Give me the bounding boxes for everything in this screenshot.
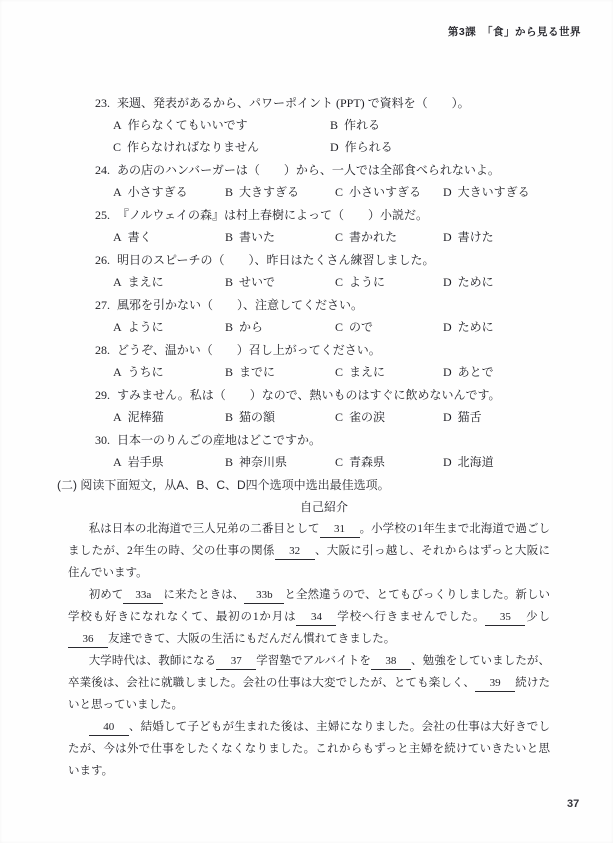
passage-text: 友達できて、大阪の生活にもだんだん慣れてきました。 (108, 633, 395, 645)
passage-text: 学校へ行きませんでした。 (336, 611, 485, 623)
question-23-text: 来週、発表があるから、パワーポイント (PPT) で資料を（ ）。 (117, 96, 470, 110)
passage-paragraph-4: 40、結婚して子どもが生まれた後は、主婦になりました。会社の仕事は大好きでしたが… (68, 716, 550, 782)
passage-text: に来たときは、 (163, 589, 244, 601)
question-24: 24.あの店のハンバーガーは（ ）から、一人では全部食べられないよ。 A小さすぎ… (95, 159, 561, 203)
question-27-text: 風邪を引かない（ ）、注意してください。 (117, 298, 363, 312)
question-26-text-line: 26.明日のスピーチの（ ）、昨日はたくさん練習しました。 (95, 249, 561, 271)
question-24-number: 24. (95, 163, 110, 177)
question-23-option-c: C作らなければなりません (113, 136, 330, 158)
reading-passage: 私は日本の北海道で三人兄弟の二番目として31。小学校の1年生まで北海道で過ごしま… (57, 518, 561, 782)
question-25-number: 25. (95, 208, 110, 222)
question-30-option-c: C青森県 (335, 451, 443, 473)
blank-38: 38 (371, 654, 411, 670)
question-28-number: 28. (95, 343, 110, 357)
question-28-options: Aうちに Bまでに Cまえに Dあとで (113, 361, 561, 383)
blank-31: 31 (320, 522, 360, 538)
passage-paragraph-1: 私は日本の北海道で三人兄弟の二番目として31。小学校の1年生まで北海道で過ごしま… (68, 518, 550, 584)
question-23-number: 23. (95, 96, 110, 110)
passage-text: 、結婚して子どもが生まれた後は、主婦になりました。会社の仕事は大好きでしたが、今… (68, 721, 550, 777)
question-30-options: A岩手県 B神奈川県 C青森県 D北海道 (113, 451, 561, 473)
question-30-option-b: B神奈川県 (225, 451, 335, 473)
section-two-heading: (二) 阅读下面短文，从A、B、C、D四个选项中选出最佳选项。 (57, 474, 561, 496)
question-24-option-c: C小さいすぎる (335, 181, 443, 203)
passage-text: 少し (525, 611, 550, 623)
question-25-option-c: C書かれた (335, 226, 443, 248)
passage-text: 学習塾でアルバイトを (256, 655, 371, 667)
question-30-text: 日本一のりんごの産地はどこですか。 (117, 433, 321, 447)
question-28-option-d: Dあとで (443, 361, 561, 383)
question-29-option-b: B猫の額 (225, 406, 335, 428)
question-25-text: 『ノルウェイの森』は村上春樹によって（ ）小説だ。 (117, 208, 428, 222)
blank-35: 35 (485, 610, 525, 626)
question-30-option-d: D北海道 (443, 451, 561, 473)
blank-33b: 33b (244, 588, 284, 604)
passage-text: 私は日本の北海道で三人兄弟の二番目として (89, 523, 320, 535)
question-24-text-line: 24.あの店のハンバーガーは（ ）から、一人では全部食べられないよ。 (95, 159, 561, 181)
blank-33a: 33a (123, 588, 163, 604)
question-26-number: 26. (95, 253, 110, 267)
question-27-option-c: Cので (335, 316, 443, 338)
question-24-options: A小さすぎる B大きすぎる C小さいすぎる D大きいすぎる (113, 181, 561, 203)
question-28-option-a: Aうちに (113, 361, 225, 383)
question-28-text-line: 28.どうぞ、温かい（ ）召し上がってください。 (95, 339, 561, 361)
question-30-option-a: A岩手県 (113, 451, 225, 473)
question-26-text: 明日のスピーチの（ ）、昨日はたくさん練習しました。 (117, 253, 435, 267)
question-28-option-b: Bまでに (225, 361, 335, 383)
blank-36: 36 (68, 632, 108, 648)
question-23-options: A作らなくてもいいです B作れる C作らなければなりません D作られる (113, 114, 561, 158)
question-29: 29.すみません。私は（ ）なので、熱いものはすぐに飲めないんです。 A泥棒猫 … (95, 384, 561, 428)
question-25: 25.『ノルウェイの森』は村上春樹によって（ ）小説だ。 A書く B書いた C書… (95, 204, 561, 248)
blank-39: 39 (475, 676, 515, 692)
question-27: 27.風邪を引かない（ ）、注意してください。 Aように Bから Cので Dため… (95, 294, 561, 338)
question-27-option-b: Bから (225, 316, 335, 338)
question-27-number: 27. (95, 298, 110, 312)
question-27-text-line: 27.風邪を引かない（ ）、注意してください。 (95, 294, 561, 316)
question-27-options: Aように Bから Cので Dために (113, 316, 561, 338)
question-29-text: すみません。私は（ ）なので、熱いものはすぐに飲めないんです。 (117, 388, 501, 402)
question-24-option-b: B大きすぎる (225, 181, 335, 203)
question-23: 23.来週、発表があるから、パワーポイント (PPT) で資料を（ ）。 A作ら… (95, 92, 561, 158)
passage-title: 自己紹介 (68, 496, 550, 518)
question-26-option-d: Dために (443, 271, 561, 293)
question-28-text: どうぞ、温かい（ ）召し上がってください。 (117, 343, 381, 357)
chapter-header: 第3課 「食」から見る世界 (448, 26, 581, 39)
blank-34: 34 (296, 610, 336, 626)
passage-paragraph-3: 大学時代は、教師になる37学習塾でアルバイトを38、勉強をしていましたが、卒業後… (68, 650, 550, 716)
question-30-number: 30. (95, 433, 110, 447)
question-23-option-d: D作られる (330, 136, 561, 158)
question-26-option-c: Cように (335, 271, 443, 293)
question-25-text-line: 25.『ノルウェイの森』は村上春樹によって（ ）小説だ。 (95, 204, 561, 226)
question-25-option-a: A書く (113, 226, 225, 248)
question-25-options: A書く B書いた C書かれた D書けた (113, 226, 561, 248)
question-30: 30.日本一のりんごの産地はどこですか。 A岩手県 B神奈川県 C青森県 D北海… (95, 429, 561, 473)
blank-40: 40 (89, 720, 129, 736)
question-26: 26.明日のスピーチの（ ）、昨日はたくさん練習しました。 Aまえに Bせいで … (95, 249, 561, 293)
question-24-text: あの店のハンバーガーは（ ）から、一人では全部食べられないよ。 (117, 163, 500, 177)
question-29-option-d: D猫舌 (443, 406, 561, 428)
blank-37: 37 (216, 654, 256, 670)
question-27-option-d: Dために (443, 316, 561, 338)
passage-paragraph-2: 初めて33aに来たときは、33bと全然違うので、とてもびっくりしました。新しい学… (68, 584, 550, 650)
question-29-number: 29. (95, 388, 110, 402)
question-29-option-c: C雀の涙 (335, 406, 443, 428)
question-29-options: A泥棒猫 B猫の額 C雀の涙 D猫舌 (113, 406, 561, 428)
question-30-text-line: 30.日本一のりんごの産地はどこですか。 (95, 429, 561, 451)
question-29-option-a: A泥棒猫 (113, 406, 225, 428)
question-27-option-a: Aように (113, 316, 225, 338)
question-23-text-line: 23.来週、発表があるから、パワーポイント (PPT) で資料を（ ）。 (95, 92, 561, 114)
page-number: 37 (567, 797, 579, 811)
question-26-options: Aまえに Bせいで Cように Dために (113, 271, 561, 293)
passage-text: 大学時代は、教師になる (89, 655, 217, 667)
question-24-option-a: A小さすぎる (113, 181, 225, 203)
question-26-option-b: Bせいで (225, 271, 335, 293)
blank-32: 32 (275, 544, 315, 560)
passage-text: 初めて (89, 589, 124, 601)
question-23-option-a: A作らなくてもいいです (113, 114, 330, 136)
question-23-option-b: B作れる (330, 114, 561, 136)
question-29-text-line: 29.すみません。私は（ ）なので、熱いものはすぐに飲めないんです。 (95, 384, 561, 406)
question-25-option-b: B書いた (225, 226, 335, 248)
textbook-page: 第3課 「食」から見る世界 23.来週、発表があるから、パワーポイント (PPT… (0, 0, 613, 843)
question-24-option-d: D大きいすぎる (443, 181, 561, 203)
question-28: 28.どうぞ、温かい（ ）召し上がってください。 Aうちに Bまでに Cまえに … (95, 339, 561, 383)
question-28-option-c: Cまえに (335, 361, 443, 383)
page-content: 23.来週、発表があるから、パワーポイント (PPT) で資料を（ ）。 A作ら… (57, 92, 561, 782)
question-26-option-a: Aまえに (113, 271, 225, 293)
question-25-option-d: D書けた (443, 226, 561, 248)
